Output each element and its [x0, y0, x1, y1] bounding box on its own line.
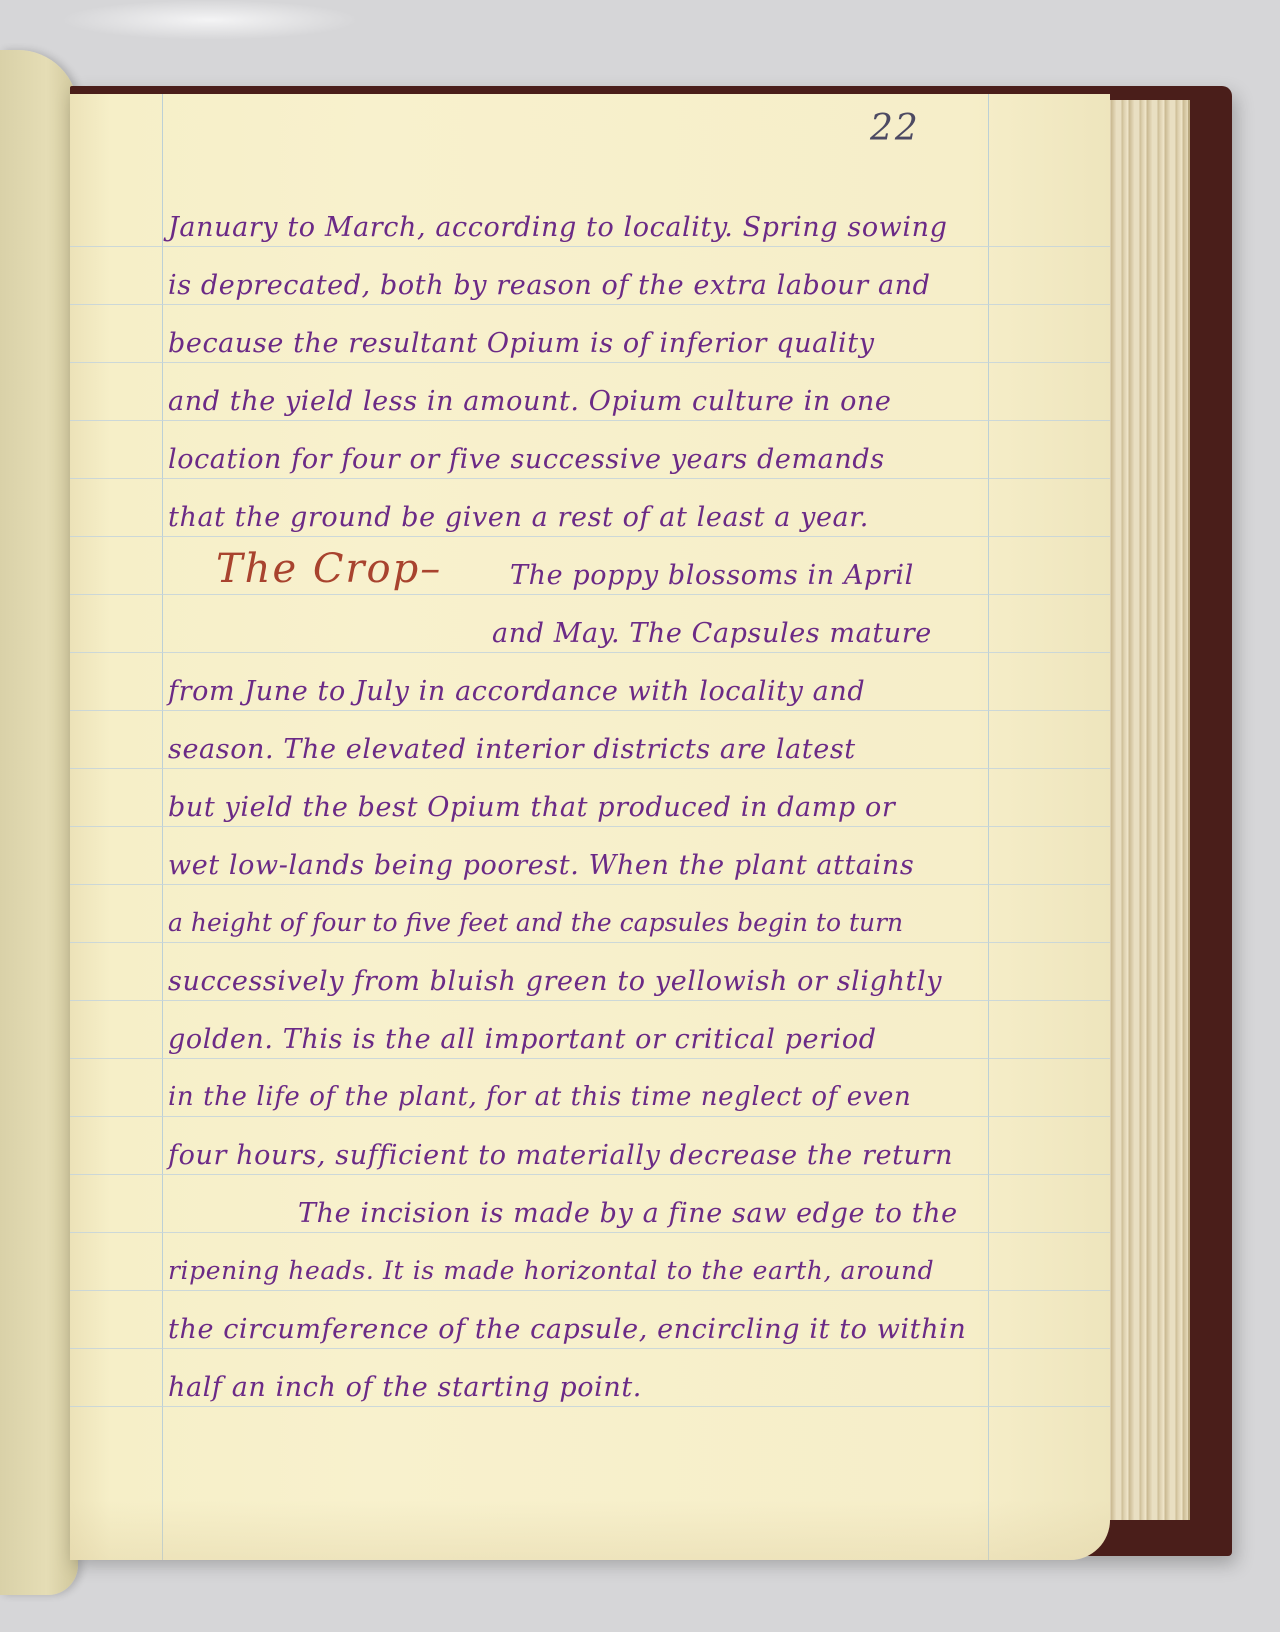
- ruled-line: [70, 1058, 1110, 1059]
- ruled-line: [70, 1174, 1110, 1175]
- ruled-line: [70, 246, 1110, 247]
- background-surface: [60, 0, 360, 40]
- text-line: in the life of the plant, for at this ti…: [168, 1082, 911, 1112]
- text-line: January to March, according to locality.…: [168, 212, 948, 243]
- text-line: four hours, sufficient to materially dec…: [168, 1140, 953, 1171]
- text-line: season. The elevated interior districts …: [168, 734, 856, 765]
- ruled-line: [70, 420, 1110, 421]
- left-margin-rule: [162, 94, 163, 1560]
- left-page-edge: [0, 50, 78, 1595]
- text-line: from June to July in accordance with loc…: [168, 676, 865, 707]
- page-number: 22: [870, 108, 920, 149]
- ruled-line: [70, 1406, 1110, 1407]
- text-line: and May. The Capsules mature: [492, 618, 932, 649]
- text-line: successively from bluish green to yellow…: [168, 966, 942, 997]
- ruled-line: [70, 768, 1110, 769]
- text-line: The poppy blossoms in April: [510, 560, 914, 591]
- section-heading: The Crop–: [216, 546, 442, 592]
- right-margin-rule: [988, 94, 989, 1560]
- heading-dash: –: [420, 546, 442, 592]
- text-line: but yield the best Opium that produced i…: [168, 792, 895, 823]
- ruled-line: [70, 1348, 1110, 1349]
- ruled-line: [70, 652, 1110, 653]
- notebook-page: 22 January to March, according to locali…: [70, 94, 1110, 1560]
- ruled-line: [70, 884, 1110, 885]
- ruled-line: [70, 826, 1110, 827]
- ruled-line: [70, 536, 1110, 537]
- ruled-line: [70, 942, 1110, 943]
- text-line: location for four or five successive yea…: [168, 444, 885, 475]
- text-line: The incision is made by a fine saw edge …: [298, 1198, 958, 1229]
- text-line: is deprecated, both by reason of the ext…: [168, 270, 931, 301]
- text-line: that the ground be given a rest of at le…: [168, 502, 869, 533]
- ruled-line: [70, 1232, 1110, 1233]
- ruled-line: [70, 1000, 1110, 1001]
- ruled-line: [70, 1116, 1110, 1117]
- text-line: golden. This is the all important or cri…: [168, 1024, 877, 1055]
- ruled-line: [70, 1290, 1110, 1291]
- text-line: ripening heads. It is made horizontal to…: [168, 1256, 934, 1285]
- text-line: wet low-lands being poorest. When the pl…: [168, 850, 914, 881]
- ruled-line: [70, 710, 1110, 711]
- ruled-line: [70, 478, 1110, 479]
- text-line: half an inch of the starting point.: [168, 1372, 642, 1403]
- text-line: and the yield less in amount. Opium cult…: [168, 386, 892, 417]
- ruled-line: [70, 362, 1110, 363]
- text-line: because the resultant Opium is of inferi…: [168, 328, 875, 359]
- heading-title: The Crop: [216, 546, 420, 592]
- ruled-line: [70, 594, 1110, 595]
- ruled-line: [70, 304, 1110, 305]
- text-line: the circumference of the capsule, encirc…: [168, 1314, 966, 1345]
- text-line: a height of four to five feet and the ca…: [168, 908, 903, 937]
